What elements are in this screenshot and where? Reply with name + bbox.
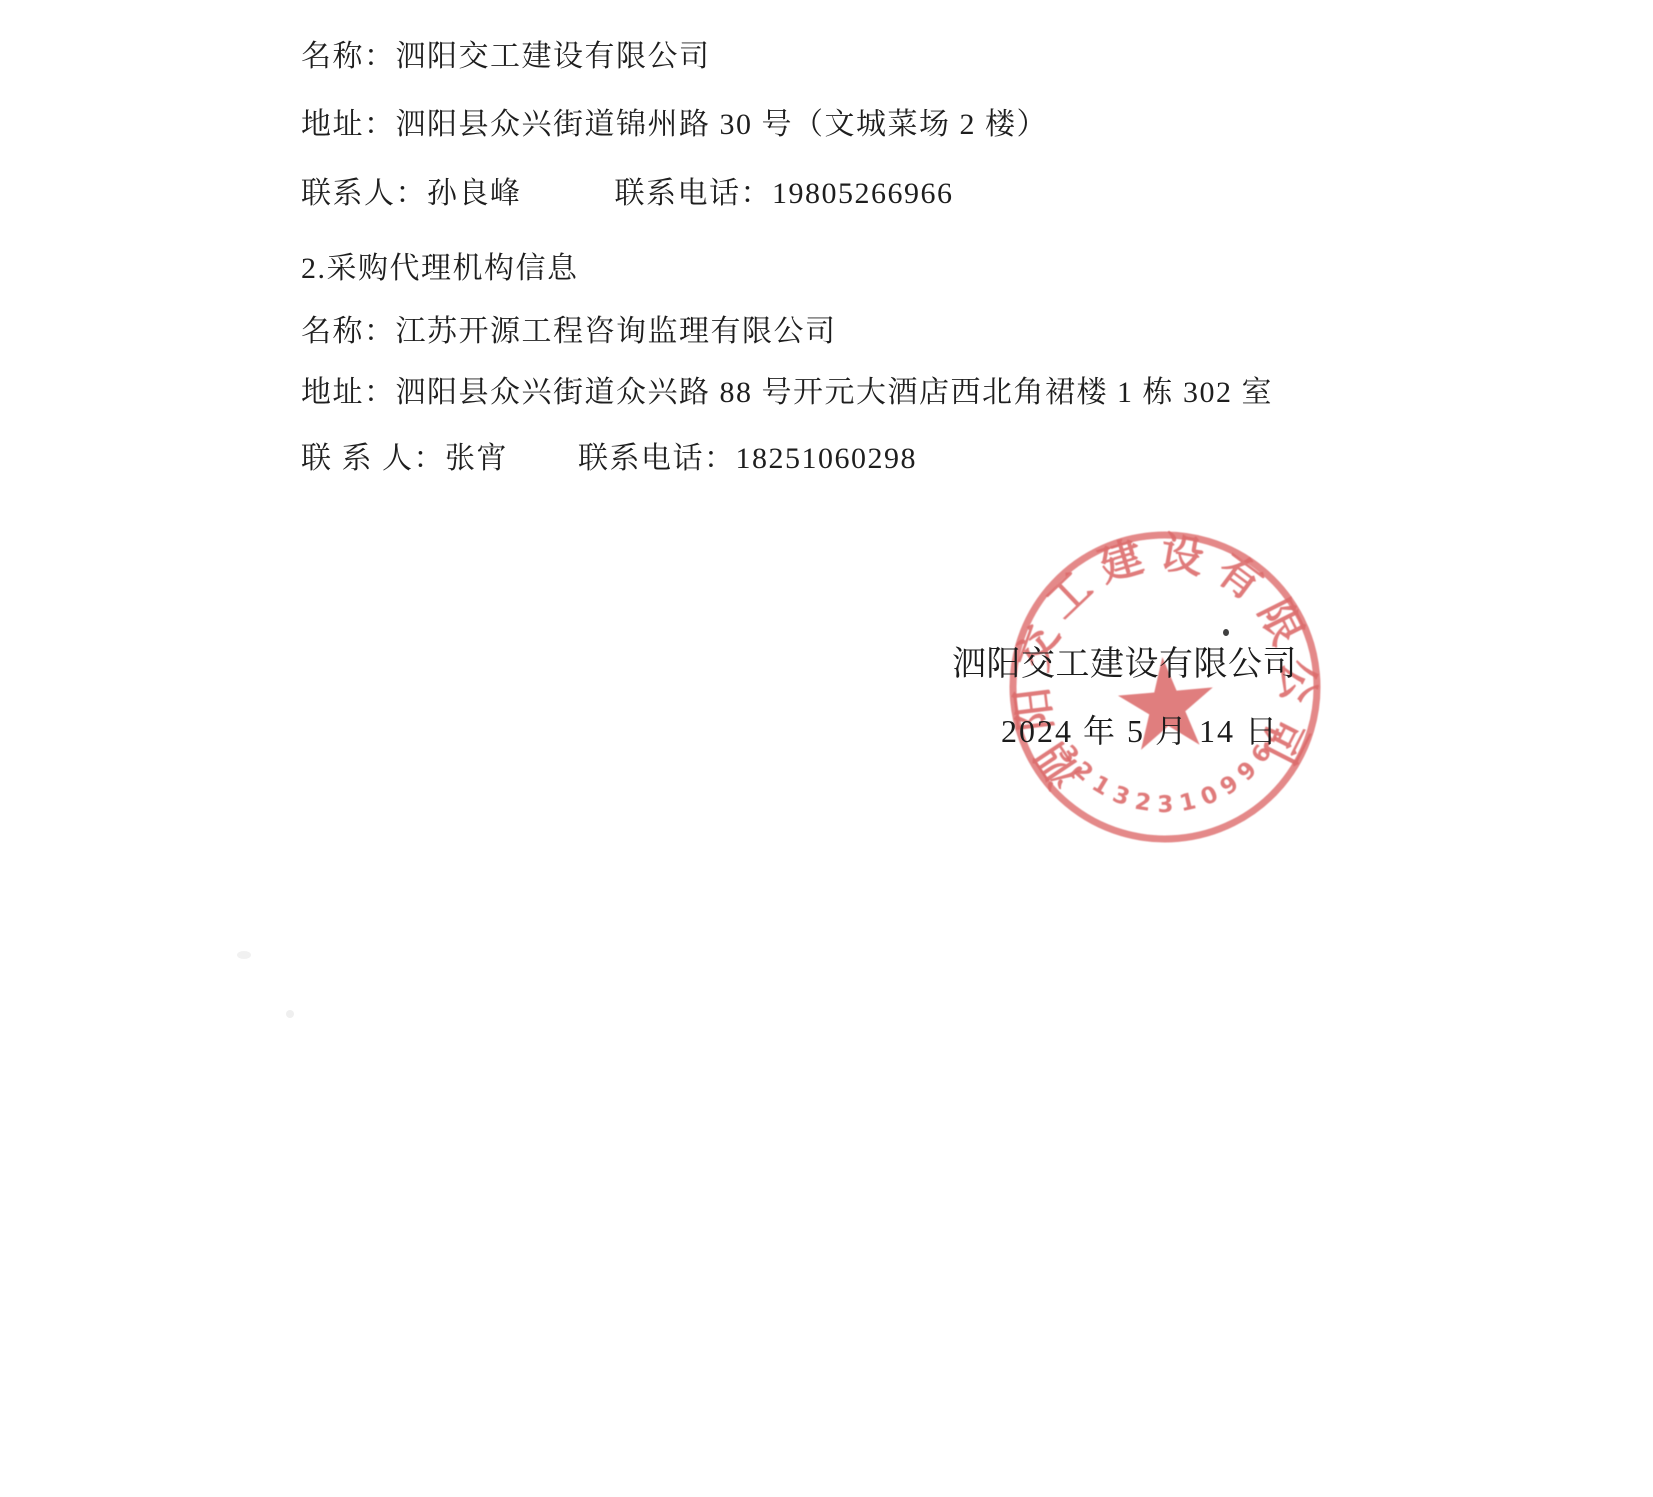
agency-contact-person: 联 系 人：张宵 [301,442,508,475]
agency-name-line: 名称：江苏开源工程咨询监理有限公司 [301,306,837,350]
scan-speck [286,1010,294,1018]
scan-ink-dot [1223,629,1229,636]
purchaser-contact-person: 联系人：孙良峰 [301,177,522,210]
signature-company-name: 泗阳交工建设有限公司 [952,636,1297,685]
agency-contact-phone: 联系电话：18251060298 [578,433,917,477]
purchaser-name-line: 名称：泗阳交工建设有限公司 [301,31,711,75]
company-seal-stamp: 泗阳交工建设有限公司 3213231099641 [995,517,1335,857]
scan-speck [237,951,251,959]
document-page: 名称：泗阳交工建设有限公司 地址：泗阳县众兴街道锦州路 30 号（文城菜场 2 … [0,0,1653,1497]
section2-heading: 2.采购代理机构信息 [301,243,579,287]
purchaser-contact-phone: 联系电话：19805266966 [615,168,954,212]
signature-date: 2024 年 5 月 14 日 [1001,706,1279,752]
purchaser-address-line: 地址：泗阳县众兴街道锦州路 30 号（文城菜场 2 楼） [301,99,1048,143]
agency-contact-line: 联 系 人：张宵联系电话：18251060298 [301,433,917,477]
agency-address-line: 地址：泗阳县众兴街道众兴路 88 号开元大酒店西北角裙楼 1 栋 302 室 [301,367,1273,411]
purchaser-contact-line: 联系人：孙良峰联系电话：19805266966 [301,168,954,212]
